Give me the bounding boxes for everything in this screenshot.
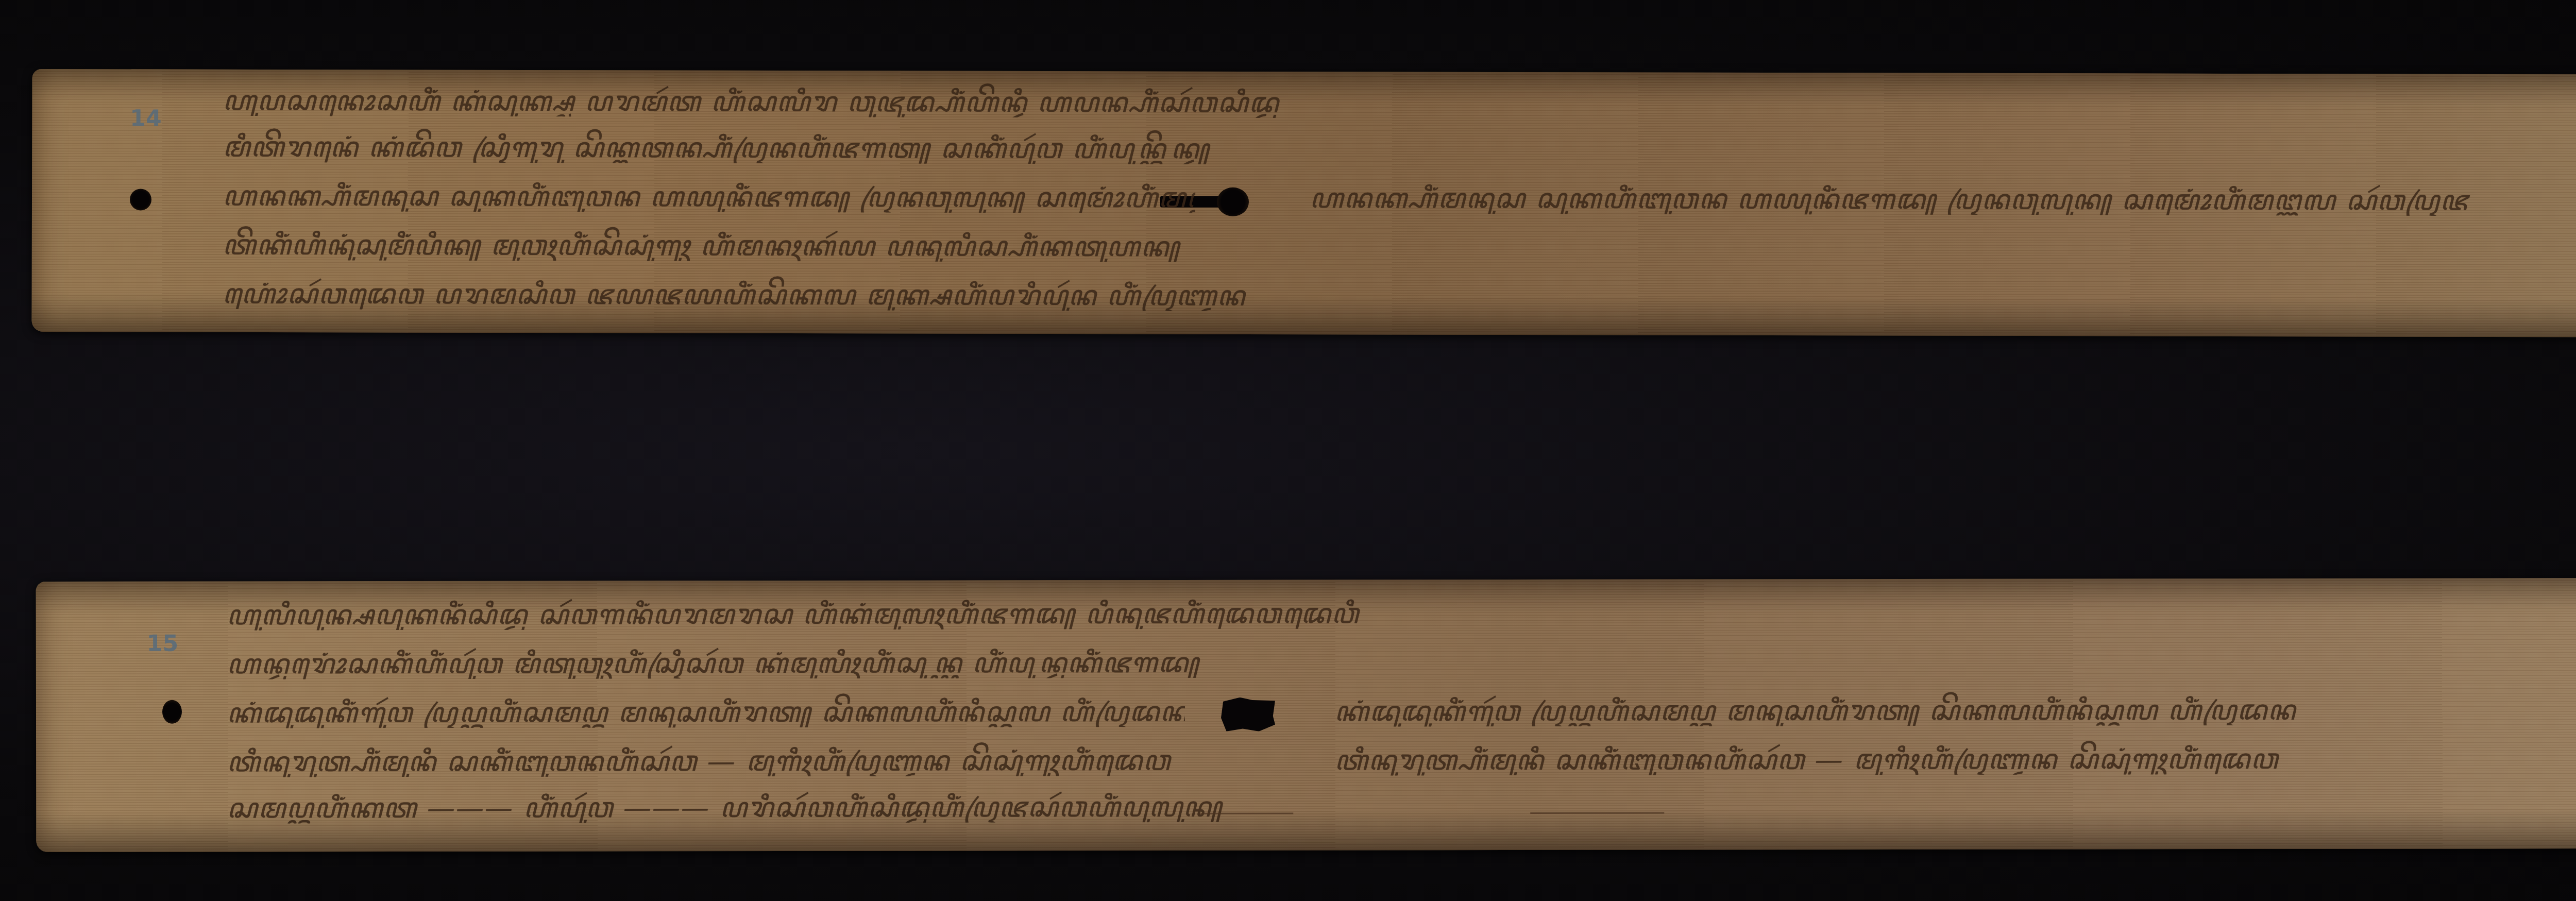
folio-number-left: 15 (147, 631, 178, 657)
script-line-2: ꦩꦶꦠꦼꦫꦤꦺꦁ ꦏꦁꦢꦼꦮ ꦱꦿꦶꦒꦸꦫꦸ ꦱꦼꦏ꧀ꦭꦠꦤ꧀ꦲꦶꦁꦥꦿꦤꦲꦶꦁ… (223, 126, 2576, 168)
ruled-dash (1200, 813, 1293, 814)
script-line-5: ꦱꦩꦥ꧀ꦠꦲꦶꦁꦏꦠ ——— ꦲꦶꦁꦥꦸꦂꦮ ——— ꦥꦫꦶꦱꦂꦮꦲꦶꦁꦱꦶꦢ꧀… (227, 784, 2576, 823)
script-line-4-left: ꦠꦶꦤꦸꦫꦸꦠ꧀ꦲꦶꦁꦩꦸꦤꦶ ꦱꦏꦶꦁꦧꦸꦮꦤꦲꦶꦁꦱꦂꦮ — ꦩꦸꦒꦶꦃꦲꦶ… (227, 740, 1190, 777)
palm-leaf-manuscript-folio-14: 14 14 14 ꦲꦸꦥꦱꦤꦺꦴꦱꦲꦶꦁ ꦏꦁꦱꦸꦏ꧀ꦱ꧀ꦩ ꦥꦫꦩꦂꦠ ꦲꦶꦁ… (31, 69, 2576, 338)
binding-hole-left-icon (162, 700, 182, 724)
ruled-dash (1530, 812, 1664, 814)
binding-hole-center-icon (1217, 188, 1249, 216)
binding-hole-center-damaged-icon (1221, 698, 1275, 732)
script-line-3-left: ꦏꦁꦢꦸꦢꦸꦏꦶꦁꦒꦸꦂꦮ ꦥꦿꦥ꧀ꦠꦲꦶꦁꦱꦩꦥ꧀ꦠ ꦩꦤꦸꦱꦲꦶꦁꦫꦠ꧀ ꦱ… (227, 691, 1185, 728)
script-line-4: ꦠꦼꦏꦶꦁꦲꦶꦤꦸꦁꦱꦸꦩꦶꦁꦥꦶꦤ꧀ ꦩꦸꦮꦃꦲꦶꦁꦱꦼꦱꦸꦁꦒꦸꦃ ꦲꦶꦁꦩ… (223, 224, 2576, 266)
script-line-1: ꦲꦸꦥꦱꦤꦺꦴꦱꦲꦶꦁ ꦏꦁꦱꦸꦏ꧀ꦱ꧀ꦩ ꦥꦫꦩꦂꦠ ꦲꦶꦁꦱꦭꦶꦫ ꦮꦸꦗꦸ… (223, 80, 2576, 122)
script-line-3-right: ꦲꦤꦏ꧀ꦲꦶꦁꦩꦤꦸꦱ ꦱꦸꦏꦲꦶꦁꦧꦸꦮꦤ ꦲꦪꦸꦤꦶꦁꦗꦒꦢ꧀ ꦥꦿꦤꦮꦸꦭ… (1310, 177, 2576, 216)
script-line-4-right: ꦠꦶꦤꦸꦫꦸꦠ꧀ꦲꦶꦁꦩꦸꦤꦶ ꦱꦏꦶꦁꦧꦸꦮꦤꦲꦶꦁꦱꦂꦮ — ꦩꦸꦒꦶꦃꦲꦶ… (1334, 737, 2576, 775)
folio-number-left: 14 (130, 105, 161, 131)
script-line-5: ꦲꦺꦴꦁꦱꦂꦮꦢꦺꦮ ꦥꦫꦩꦱꦶꦮ ꦗꦪꦗꦪꦲꦶꦁꦱꦼꦏꦭ ꦩꦸꦏ꧀ꦱꦲꦶꦁꦥꦫ… (223, 273, 2576, 315)
script-line-1: ꦲꦸꦭꦶꦥꦸꦤ꧀ꦱꦥꦸꦏꦤꦶꦁꦱꦶꦢ꧀ꦝ ꦱꦂꦮꦒꦤꦶꦁꦥꦫꦩꦫꦱ ꦲꦶꦁꦏꦁꦩ… (227, 590, 2576, 630)
script-line-3-left: ꦲꦤꦏ꧀ꦲꦶꦁꦩꦤꦸꦱ ꦱꦸꦏꦲꦶꦁꦧꦸꦮꦤ ꦲꦪꦸꦤꦶꦁꦗꦒꦢ꧀ ꦥꦿꦤꦮꦸꦭ… (223, 175, 1195, 213)
script-line-2: ꦲꦤ꧀ꦢꦸꦫꦺꦴꦁꦱꦏꦶꦁꦲꦶꦁꦥꦸꦂꦮ ꦩꦶꦠꦸꦮꦸꦃꦲꦶꦁꦱꦿꦶꦱꦂꦮ ꦏꦁ… (227, 639, 2576, 679)
script-line-3-right: ꦏꦁꦢꦸꦢꦸꦏꦶꦁꦒꦸꦂꦮ ꦥꦿꦥ꧀ꦠꦲꦶꦁꦱꦩꦥ꧀ꦠ ꦩꦤꦸꦱꦲꦶꦁꦫꦠ꧀ ꦱ… (1334, 688, 2576, 726)
palm-leaf-manuscript-folio-15: 15 15 15 ꦲꦸꦭꦶꦥꦸꦤ꧀ꦱꦥꦸꦏꦤꦶꦁꦱꦶꦢ꧀ꦝ ꦱꦂꦮꦒꦤꦶꦁꦥꦫꦩ… (36, 577, 2576, 852)
binding-hole-left-icon (130, 189, 151, 210)
